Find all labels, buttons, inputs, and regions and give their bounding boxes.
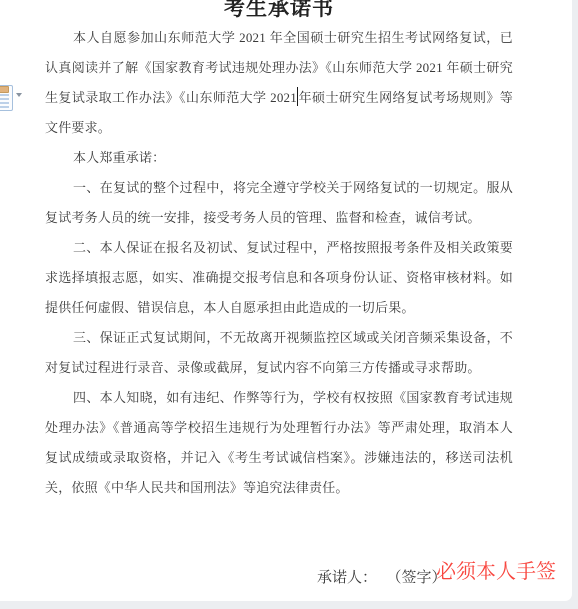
clipboard-paste-icon — [0, 85, 13, 111]
paragraph-intro[interactable]: 本人自愿参加山东师范大学 2021 年全国硕士研究生招生考试网络复试，已认真阅读… — [45, 23, 513, 143]
pledge-item-2[interactable]: 二、本人保证在报名及初试、复试过程中，严格按照报考条件及相关政策要求选择填报志愿… — [45, 233, 513, 323]
pledge-item-4[interactable]: 四、本人知晓，如有违纪、作弊等行为，学校有权按照《国家教育考试违规处理办法》《普… — [45, 383, 513, 503]
pledge-item-1[interactable]: 一、在复试的整个过程中，将完全遵守学校关于网络复试的一切规定。服从复试考务人员的… — [45, 173, 513, 233]
annotation-required-hand-signature: 必须本人手签 — [436, 560, 556, 584]
document-content[interactable]: 考生承诺书 本人自愿参加山东师范大学 2021 年全国硕士研究生招生考试网络复试… — [45, 0, 513, 593]
document-title[interactable]: 考生承诺书 — [45, 0, 513, 23]
pledge-intro[interactable]: 本人郑重承诺： — [45, 143, 513, 173]
page-margin-right — [572, 0, 578, 609]
paste-options-button[interactable] — [0, 82, 25, 110]
pledge-item-3[interactable]: 三、保证正式复试期间，不无故离开视频监控区域或关闭音频采集设备，不对复试过程进行… — [45, 323, 513, 383]
page-margin-bottom — [0, 601, 578, 609]
signature-label: 承诺人： — [317, 570, 377, 586]
document-page[interactable]: 考生承诺书 本人自愿参加山东师范大学 2021 年全国硕士研究生招生考试网络复试… — [0, 0, 572, 601]
chevron-down-icon[interactable] — [16, 93, 22, 97]
